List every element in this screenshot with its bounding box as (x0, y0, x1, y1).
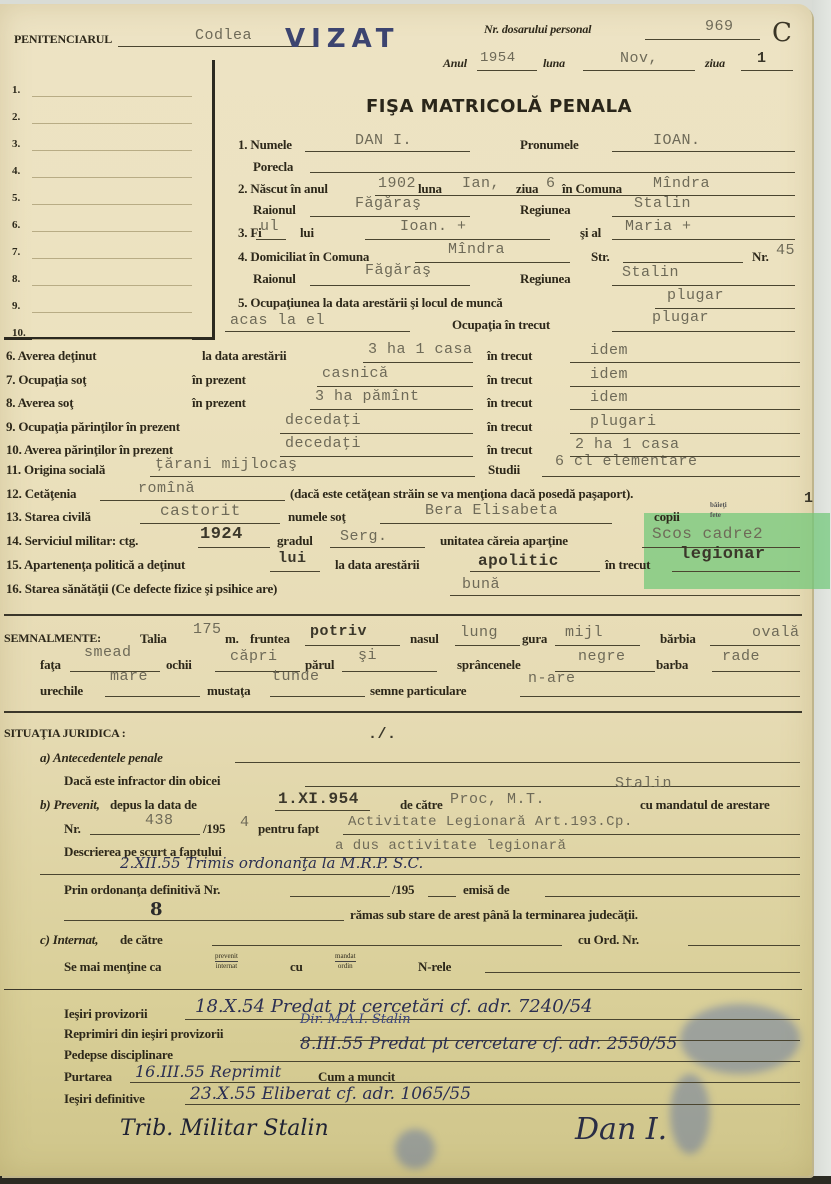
mustata-value: tunde (272, 668, 320, 685)
row-trecut-line (570, 362, 800, 363)
domiciliat-comuna: Mîndra (448, 241, 505, 258)
box-line (32, 96, 192, 97)
ochii-value: căpri (230, 648, 278, 665)
ocupatia-trecut-label: Ocupaţia în trecut (452, 317, 550, 333)
ordonanta-an: /195 (392, 882, 414, 898)
purtarea-label: Purtarea (64, 1069, 112, 1085)
unitatea-label: unitatea căreia aparţine (440, 533, 568, 549)
fata-value: smead (84, 644, 132, 661)
numele-value: DAN I. (355, 132, 412, 149)
row-trecut-value: 2 ha 1 casa (575, 436, 680, 453)
fraction-prevenit-internat: prevenit internat (215, 952, 238, 971)
row-mid-line (363, 362, 473, 363)
box-number: 6. (12, 219, 20, 231)
de-catre-value: Proc, M.T. (450, 791, 545, 808)
fruntea-label: fruntea (250, 631, 290, 647)
box-line (32, 123, 192, 124)
domiciliat-label: 4. Domiciliat în Comuna (238, 249, 369, 265)
raionul2-label: Raionul (253, 271, 296, 287)
row-label: 9. Ocupaţia părinţilor în prezent (6, 419, 180, 435)
politica-data-value: apolitic (478, 552, 559, 570)
row-mid-label: în prezent (192, 372, 246, 388)
numele-sot-label: numele soţ (288, 509, 346, 525)
gura-value: mijl (565, 624, 603, 641)
row-mid-value: decedaţi (285, 435, 361, 452)
footer-handwriting: Trib. Militar Stalin (120, 1116, 329, 1141)
regiunea-value: Stalin (634, 195, 691, 212)
sanatate-label: 16. Starea sănătăţii (Ce defecte fizice … (6, 581, 277, 597)
anul-value: 1954 (480, 50, 516, 66)
politica-lui: lui (278, 550, 307, 567)
fata-label: faţa (40, 657, 61, 673)
box-line (32, 258, 192, 259)
semne-label: semne particulare (370, 683, 466, 699)
regiunea2-value: Stalin (622, 264, 679, 281)
fisa-matricola-card: PENITENCIARUL Codlea VIZAT Nr. dosarului… (0, 4, 812, 1176)
unitatea-value: Scos cadre2 (652, 525, 763, 543)
copii-count: 1 (804, 490, 814, 507)
row-mid-label: în prezent (192, 395, 246, 411)
descriere-value: a dus activitate legionară (335, 838, 566, 854)
purtarea-value: 16.III.55 Reprimit (135, 1062, 281, 1081)
nascut-ziua: 6 (546, 175, 556, 192)
talia-value: 175 (193, 621, 222, 638)
row-mid-line (280, 433, 473, 434)
ocupatiunea-value: plugar (667, 287, 724, 304)
divider (4, 989, 802, 990)
luna-label: luna (543, 56, 565, 71)
cetatenia-value: romînă (138, 480, 195, 497)
barbia-value: ovală (752, 624, 800, 641)
internat-label: c) Internat, (40, 932, 98, 948)
raionul-value: Făgăraş (355, 195, 422, 212)
de-catre-sup: Stalin (615, 775, 672, 792)
box-line (32, 177, 192, 178)
ord-label: cu Ord. Nr. (578, 932, 639, 948)
nascut-an: 1902 (378, 175, 416, 192)
box-line (32, 204, 192, 205)
luna-value: Nov, (620, 50, 658, 67)
box-line (32, 339, 192, 340)
regiunea2-label: Regiunea (520, 271, 570, 287)
iesiri-def-label: Ieşiri definitive (64, 1091, 145, 1107)
box-line (32, 312, 192, 313)
loc-munca-value: acas la el (230, 312, 325, 329)
mandat-label: cu mandatul de arestare (640, 797, 770, 813)
row-trecut-label: în trecut (487, 348, 532, 364)
row-trecut-value: plugari (590, 413, 657, 430)
fapt-label: pentru fapt (258, 821, 319, 837)
reprimiri-label: Reprimiri din ieşiri provizorii (64, 1026, 223, 1042)
fapt-value: Activitate Legionară Art.193.Cp. (348, 814, 633, 830)
emisa-label: emisă de (463, 882, 509, 898)
lui-label: lui (300, 225, 314, 241)
ramas-mark: 8 (150, 899, 163, 920)
row-mid-label: la data arestării (202, 348, 286, 364)
tata-value: Ioan. + (400, 218, 467, 235)
semne-value: n-are (528, 670, 576, 687)
depus-value: 1.XI.954 (278, 790, 359, 808)
stare-value: castorit (160, 502, 241, 520)
reprimiri-sup: Dir. M.A.I. Stalin (300, 1012, 411, 1027)
barbia-label: bărbia (660, 631, 696, 647)
pronumele-value: IOAN. (653, 132, 701, 149)
ocupatiunea-label: 5. Ocupaţiunea la data arestării şi locu… (238, 295, 503, 311)
raionul-label: Raionul (253, 202, 296, 218)
penitenciar-value: Codlea (195, 27, 252, 44)
box-number: 7. (12, 246, 20, 258)
nascut-comuna: Mîndra (653, 175, 710, 192)
descriere-handwriting: 2.XII.55 Trimis ordonanţa la M.R.P. S.C. (120, 854, 423, 872)
cu-label: cu (290, 959, 303, 975)
ink-smudge (395, 1129, 435, 1169)
ink-smudge (670, 1074, 710, 1154)
row-trecut-label: în trecut (487, 419, 532, 435)
raionul2-value: Făgăraş (365, 262, 432, 279)
studii-label: Studii (488, 462, 520, 478)
row-label: 10. Averea părinţilor în prezent (6, 442, 173, 458)
row-trecut-label: în trecut (487, 442, 532, 458)
numele-sot-value: Bera Elisabeta (425, 502, 558, 519)
row-trecut-value: idem (590, 366, 628, 383)
depus-label: depus la data de (110, 797, 197, 813)
talia-unit: m. (225, 631, 239, 647)
row-trecut-label: în trecut (487, 395, 532, 411)
parul-value: şi (358, 647, 377, 664)
row-label: 6. Averea deţinut (6, 348, 96, 364)
frac2-bottom: ordin (335, 962, 356, 971)
fruntea-value: potriv (310, 623, 367, 640)
internat-de-catre: de către (120, 932, 163, 948)
dosar-label: Nr. dosarului personal (484, 22, 591, 37)
row-trecut-line (570, 456, 800, 457)
cetatenia-label: 12. Cetăţenia (6, 486, 76, 502)
infractor-label: Dacă este infractor din obicei (64, 773, 220, 789)
mandat-nr-label: Nr. (64, 821, 81, 837)
box-number: 5. (12, 192, 20, 204)
stare-label: 13. Starea civilă (6, 509, 91, 525)
row-trecut-line (570, 433, 800, 434)
row-trecut-line (570, 386, 800, 387)
munca-label: Cum a muncit (318, 1069, 395, 1085)
urechile-value: mare (110, 668, 148, 685)
nascut-luna: Ian, (462, 175, 500, 192)
politica-data-label: la data arestării (335, 557, 419, 573)
gura-label: gura (522, 631, 547, 647)
frac1-top: prevenit (215, 952, 238, 962)
mandat-nr-value: 438 (145, 812, 174, 829)
fraction-mandat-ordin: mandat ordin (335, 952, 356, 971)
corner-mark: C (772, 18, 792, 48)
iesiri-def-value: 23.X.55 Eliberat cf. adr. 1065/55 (190, 1084, 471, 1104)
row-mid-value: casnică (322, 365, 389, 382)
ochii-label: ochii (166, 657, 192, 673)
divider (4, 711, 802, 713)
page-title: FIŞA MATRICOLĂ PENALA (366, 96, 632, 117)
juridica-mark: ./. (368, 726, 397, 743)
nrele-label: N-rele (418, 959, 451, 975)
box-line (32, 231, 192, 232)
copii-sub-top: băieţi (710, 501, 727, 509)
row-mid-line (310, 409, 473, 410)
si-al-label: şi al (580, 225, 601, 241)
nr-value: 45 (776, 242, 795, 259)
urechile-label: urechile (40, 683, 83, 699)
vizat-stamp: VIZAT (285, 24, 400, 54)
numele-label: 1. Numele (238, 137, 292, 153)
row-trecut-label: în trecut (487, 372, 532, 388)
copii-sub-bottom: fete (710, 511, 721, 519)
mustata-label: mustaţa (207, 683, 250, 699)
antecedente-label: a) Antecedentele penale (40, 750, 163, 766)
dosar-value: 969 (705, 18, 734, 35)
frac2-top: mandat (335, 952, 356, 962)
barba-value: rade (722, 648, 760, 665)
regiunea-label: Regiunea (520, 202, 570, 218)
juridica-heading: SITUAŢIA JURIDICA : (4, 726, 126, 741)
mandat-an-value: 4 (240, 814, 250, 831)
reprimiri-value: 8.III.55 Predat pt cercetare cf. adr. 25… (300, 1034, 677, 1054)
militar-label: 14. Serviciul militar: ctg. (6, 533, 138, 549)
ordonanta-label: Prin ordonanţa definitivă Nr. (64, 882, 220, 898)
cetatenia-note: (dacă este cetăţean străin se va menţion… (290, 486, 633, 502)
origina-value: ţărani mijlocaş (155, 456, 298, 473)
sprancenele-value: negre (578, 648, 626, 665)
box-number: 4. (12, 165, 20, 177)
nr-label: Nr. (752, 249, 769, 265)
box-number: 3. (12, 138, 20, 150)
talia-label: Talia (140, 631, 167, 647)
row-trecut-value: idem (590, 389, 628, 406)
box-number: 8. (12, 273, 20, 285)
ramas-label: rămas sub stare de arest până la termina… (350, 907, 638, 923)
copii-label: copii (654, 509, 680, 525)
ink-smudge (680, 1004, 800, 1074)
prevenit-label: b) Prevenit, (40, 797, 100, 813)
box-number: 9. (12, 300, 20, 312)
numbered-box (4, 60, 215, 340)
pedepse-label: Pedepse disciplinare (64, 1047, 173, 1063)
str-label: Str. (591, 249, 610, 265)
box-number: 2. (12, 111, 20, 123)
politica-trecut-label: în trecut (605, 557, 650, 573)
signature: Dan I. (575, 1112, 667, 1147)
background-edge (0, 1176, 831, 1184)
militar-ctg: 1924 (200, 525, 243, 544)
ocupatia-trecut-value: plugar (652, 309, 709, 326)
row-trecut-line (570, 409, 800, 410)
politica-label: 15. Apartenenţa politică a deţinut (6, 557, 185, 573)
ziua-value: 1 (757, 50, 767, 67)
divider (4, 614, 802, 616)
mama-value: Maria + (625, 218, 692, 235)
row-mid-line (280, 456, 473, 457)
mandat-an-prefix: /195 (203, 821, 225, 837)
row-mid-value: 3 ha 1 casa (368, 341, 473, 358)
nasul-value: lung (460, 624, 498, 641)
ziua-label: ziua (705, 56, 725, 71)
box-number: 10. (12, 327, 26, 339)
sanatate-value: bună (462, 576, 500, 593)
row-label: 8. Averea soţ (6, 395, 73, 411)
porecla-label: Porecla (253, 159, 293, 175)
anul-label: Anul (443, 56, 467, 71)
origina-label: 11. Origina socială (6, 462, 105, 478)
penitenciar-label: PENITENCIARUL (14, 32, 112, 47)
nasul-label: nasul (410, 631, 439, 647)
sprancenele-label: sprâncenele (457, 657, 521, 673)
row-label: 7. Ocupaţia soţ (6, 372, 86, 388)
box-line (32, 285, 192, 286)
row-trecut-value: idem (590, 342, 628, 359)
row-mid-line (317, 386, 473, 387)
iesiri-prov-label: Ieşiri provizorii (64, 1006, 147, 1022)
box-line (32, 150, 192, 151)
row-mid-value: decedaţi (285, 412, 361, 429)
fiul-value: ul (260, 218, 279, 235)
frac1-bottom: internat (215, 962, 238, 971)
mentine-label: Se mai menţine ca (64, 959, 161, 975)
box-number: 1. (12, 84, 20, 96)
gradul-label: gradul (277, 533, 313, 549)
row-mid-value: 3 ha pămînt (315, 388, 420, 405)
nascut-label: 2. Născut în anul (238, 181, 328, 197)
pronumele-label: Pronumele (520, 137, 579, 153)
barba-label: barba (656, 657, 688, 673)
gradul-value: Serg. (340, 528, 388, 545)
de-catre-label: de către (400, 797, 443, 813)
politica-trecut-value: legionar (680, 545, 766, 564)
